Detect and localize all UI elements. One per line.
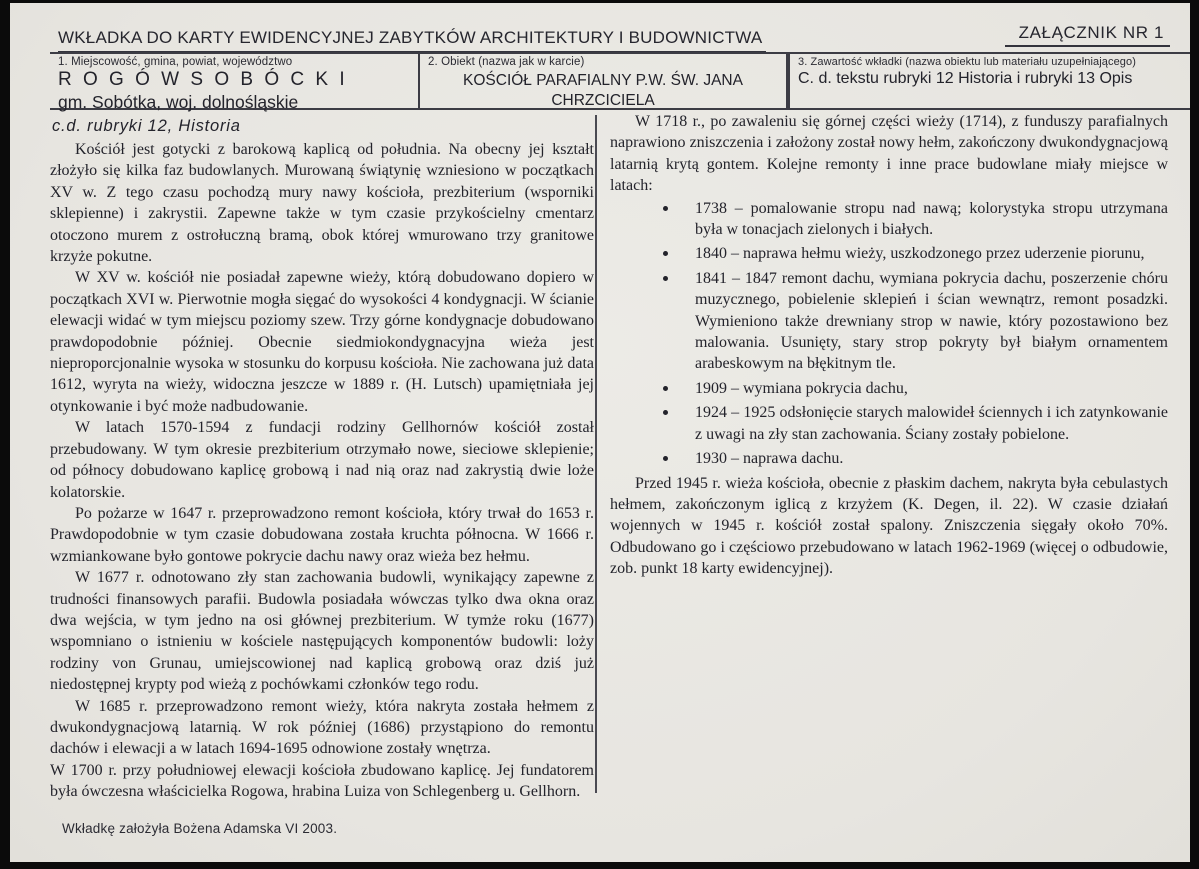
paragraph: W 1677 r. odnotowano zły stan zachowania… (50, 567, 594, 695)
attachment-label: ZAŁĄCZNIK NR 1 (1005, 23, 1170, 47)
paragraph: Przed 1945 r. wieża kościoła, obecnie z … (610, 473, 1168, 580)
section-heading: c.d. rubryki 12, Historia (52, 117, 594, 136)
paragraph: W 1718 r., po zawaleniu się górnej częśc… (610, 111, 1168, 197)
paragraph: Kościół jest gotycki z barokową kaplicą … (50, 139, 594, 267)
field-object-label: 2. Obiekt (nazwa jak w karcie) (428, 56, 778, 68)
right-column: W 1718 r., po zawaleniu się górnej częśc… (597, 111, 1168, 580)
renovation-events-list: 1738 – pomalowanie stropu nad nawą; kolo… (610, 198, 1168, 470)
footer-note: Wkładkę założyła Bożena Adamska VI 2003. (62, 821, 337, 836)
list-item: 1738 – pomalowanie stropu nad nawą; kolo… (610, 198, 1168, 241)
field-locality-label: 1. Miejscowość, gmina, powiat, województ… (58, 56, 410, 68)
list-item: 1930 – naprawa dachu. (610, 448, 1168, 469)
form-header-row: 1. Miejscowość, gmina, powiat, województ… (50, 52, 1190, 110)
field-object-value-line2: CHRZCICIELA (428, 92, 778, 110)
field-locality-value: R O G Ó W S O B Ó C K I (58, 69, 410, 91)
paragraph: W 1685 r. przeprowadzono remont wieży, k… (50, 696, 594, 760)
field-locality-commune: gm. Sobótka, woj. dolnośląskie (58, 92, 410, 113)
field-contents-value: C. d. tekstu rubryki 12 Historia i rubry… (798, 70, 1182, 88)
paragraph: W latach 1570-1594 z fundacji rodziny Ge… (50, 417, 594, 503)
body-columns: c.d. rubryki 12, Historia Kościół jest g… (50, 111, 1168, 803)
paragraph: W 1700 r. przy południowej elewacji kośc… (50, 760, 594, 803)
paragraph: Po pożarze w 1647 r. przeprowadzono remo… (50, 503, 594, 567)
list-item: 1924 – 1925 odsłonięcie starych malowide… (610, 402, 1168, 445)
field-object-value-line1: KOŚCIÓŁ PARAFIALNY P.W. ŚW. JANA (428, 72, 778, 90)
page-title: WKŁADKA DO KARTY EWIDENCYJNEJ ZABYTKÓW A… (58, 28, 766, 53)
field-locality: 1. Miejscowość, gmina, powiat, województ… (50, 52, 418, 110)
paragraph: W XV w. kościół nie posiadał zapewne wie… (50, 267, 594, 417)
list-item: 1840 – naprawa hełmu wieży, uszkodzonego… (610, 243, 1168, 264)
field-contents-label: 3. Zawartość wkładki (nazwa obiektu lub … (798, 56, 1182, 68)
field-contents: 3. Zawartość wkładki (nazwa obiektu lub … (788, 52, 1190, 110)
scanned-record-card: WKŁADKA DO KARTY EWIDENCYJNEJ ZABYTKÓW A… (0, 0, 1199, 869)
paper-sheet: WKŁADKA DO KARTY EWIDENCYJNEJ ZABYTKÓW A… (10, 3, 1190, 862)
left-column: c.d. rubryki 12, Historia Kościół jest g… (50, 111, 594, 803)
list-item: 1909 – wymiana pokrycia dachu, (610, 378, 1168, 399)
field-object: 2. Obiekt (nazwa jak w karcie) KOŚCIÓŁ P… (418, 52, 788, 110)
list-item: 1841 – 1847 remont dachu, wymiana pokryc… (610, 268, 1168, 375)
document-header: WKŁADKA DO KARTY EWIDENCYJNEJ ZABYTKÓW A… (58, 23, 1170, 53)
